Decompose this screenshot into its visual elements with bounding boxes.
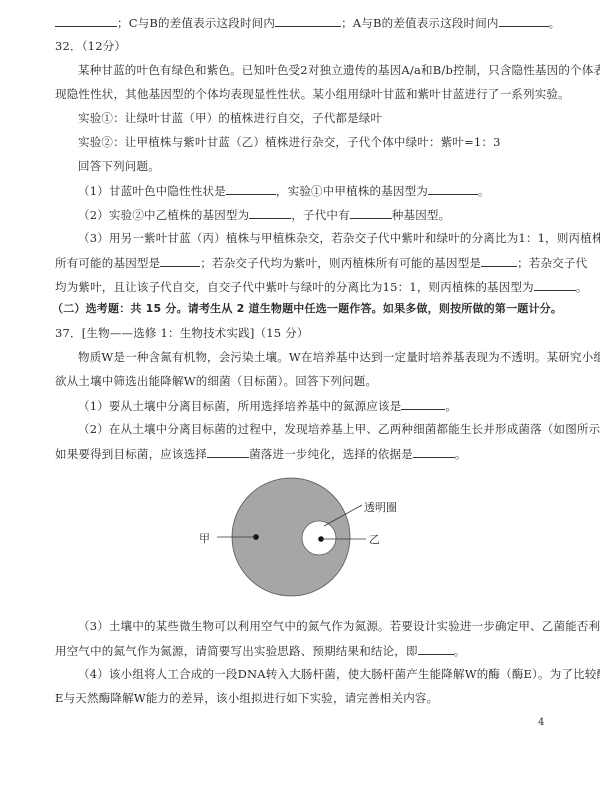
section-heading-elective: （二）选考题：共 15 分。请考生从 2 道生物题中任选一题作答。如果多做，则按… — [52, 301, 550, 317]
answer-blank[interactable] — [499, 14, 549, 27]
clear-zone — [302, 521, 336, 555]
text: 用空气中的氮气作为氮源，请简要写出实验思路、预期结果和结论，即 — [55, 644, 418, 658]
q32-sub2: （2）实验②中乙植株的基因型为，子代中有种基因型。 — [78, 206, 550, 223]
q37-sub2-line2: 如果要得到目标菌，应该选择菌落进一步纯化，选择的依据是。 — [55, 445, 550, 462]
colony-yi-dot — [318, 536, 324, 542]
q37-header: 37．[生物——选修 1：生物技术实践]（15 分） — [55, 325, 550, 341]
q37-sub1: （1）要从土壤中分离目标菌，所用选择培养基中的氮源应该是。 — [78, 397, 550, 414]
q32-experiment-2: 实验②：让甲植株与紫叶甘蓝（乙）植株进行杂交，子代个体中绿叶：紫叶=1：3 — [78, 134, 550, 150]
label-yi: 乙 — [369, 531, 380, 547]
text: 。 — [455, 447, 467, 461]
answer-blank[interactable] — [534, 278, 576, 291]
answer-blank[interactable] — [413, 445, 455, 458]
text: 。 — [576, 280, 588, 294]
text: 所有可能的基因型是 — [55, 256, 160, 270]
answer-blank[interactable] — [249, 206, 291, 219]
q37-sub3-line1: （3）土壤中的某些微生物可以利用空气中的氮气作为氮源。若要设计实验进一步确定甲、… — [78, 618, 550, 634]
q37-sub2-line1: （2）在从土壤中分离目标菌的过程中，发现培养基上甲、乙两种细菌都能生长并形成菌落… — [78, 421, 550, 437]
text: ，子代中有 — [291, 208, 350, 222]
text: 。 — [478, 184, 490, 198]
answer-blank[interactable] — [350, 206, 392, 219]
q32-intro-1: 某种甘蓝的叶色有绿色和紫色。已知叶色受2对独立遗传的基因A/a和B/b控制，只含… — [78, 62, 550, 78]
answer-blank[interactable] — [481, 254, 517, 267]
answer-blank[interactable] — [418, 642, 454, 655]
q32-sub1: （1）甘蓝叶色中隐性性状是，实验①中甲植株的基因型为。 — [78, 182, 550, 199]
text: ；若杂交子代 — [517, 256, 587, 270]
text: （1）要从土壤中分离目标菌，所用选择培养基中的氮源应该是 — [78, 399, 401, 413]
text: ；C与B的差值表示这段时间内 — [117, 16, 275, 30]
text: ；A与B的差值表示这段时间内 — [341, 16, 499, 30]
q32-sub3-line3: 均为紫叶，且让该子代自交，自交子代中紫叶与绿叶的分离比为15：1，则丙植株的基因… — [55, 278, 550, 295]
answer-blank[interactable] — [160, 254, 200, 267]
answer-blank[interactable] — [55, 14, 117, 27]
page-number: 4 — [538, 717, 544, 728]
q32-sub3-line2: 所有可能的基因型是；若杂交子代均为紫叶，则丙植株所有可能的基因型是；若杂交子代 — [55, 254, 550, 271]
text: 如果要得到目标菌，应该选择 — [55, 447, 207, 461]
text: 。 — [454, 644, 466, 658]
continuation-line: ；C与B的差值表示这段时间内；A与B的差值表示这段时间内。 — [55, 14, 550, 31]
q37-sub3-line2: 用空气中的氮气作为氮源，请简要写出实验思路、预期结果和结论，即。 — [55, 642, 550, 659]
q37-intro-1: 物质W是一种含氮有机物，会污染土壤。W在培养基中达到一定量时培养基表现为不透明。… — [78, 349, 550, 365]
text: 。 — [445, 399, 457, 413]
q32-prompt: 回答下列问题。 — [78, 158, 550, 174]
colony-jia-dot — [253, 534, 259, 540]
text: 种基因型。 — [392, 208, 451, 222]
leader-line-clear-zone — [324, 505, 362, 526]
text: ，实验①中甲植株的基因型为 — [276, 184, 428, 198]
answer-blank[interactable] — [207, 445, 249, 458]
answer-blank[interactable] — [428, 182, 478, 195]
label-clear-zone: 透明圈 — [364, 499, 397, 515]
q32-sub3-line1: （3）用另一紫叶甘蓝（丙）植株与甲植株杂交，若杂交子代中紫叶和绿叶的分离比为1：… — [78, 230, 550, 246]
text: 。 — [549, 16, 561, 30]
answer-blank[interactable] — [275, 14, 341, 27]
culture-plate — [232, 478, 350, 596]
text: 菌落进一步纯化，选择的依据是 — [249, 447, 413, 461]
q32-header: 32．（12分） — [55, 38, 550, 54]
q37-sub4-line1: （4）该小组将人工合成的一段DNA转入大肠杆菌，使大肠杆菌产生能降解W的酶（酶E… — [78, 666, 550, 682]
q37-sub4-line2: E与天然酶降解W能力的差异，该小组拟进行如下实验，请完善相关内容。 — [55, 690, 550, 706]
text: 均为紫叶，且让该子代自交，自交子代中紫叶与绿叶的分离比为15：1，则丙植株的基因… — [55, 280, 534, 294]
q32-intro-2: 现隐性性状，其他基因型的个体均表现显性性状。某小组用绿叶甘蓝和紫叶甘蓝进行了一系… — [55, 86, 550, 102]
label-jia: 甲 — [199, 530, 210, 546]
text: （1）甘蓝叶色中隐性性状是 — [78, 184, 226, 198]
q32-experiment-1: 实验①：让绿叶甘蓝（甲）的植株进行自交，子代都是绿叶 — [78, 110, 550, 126]
text: （2）实验②中乙植株的基因型为 — [78, 208, 249, 222]
answer-blank[interactable] — [401, 397, 445, 410]
answer-blank[interactable] — [226, 182, 276, 195]
text: ；若杂交子代均为紫叶，则丙植株所有可能的基因型是 — [200, 256, 481, 270]
q37-intro-2: 欲从土壤中筛选出能降解W的细菌（目标菌）。回答下列问题。 — [55, 373, 550, 389]
